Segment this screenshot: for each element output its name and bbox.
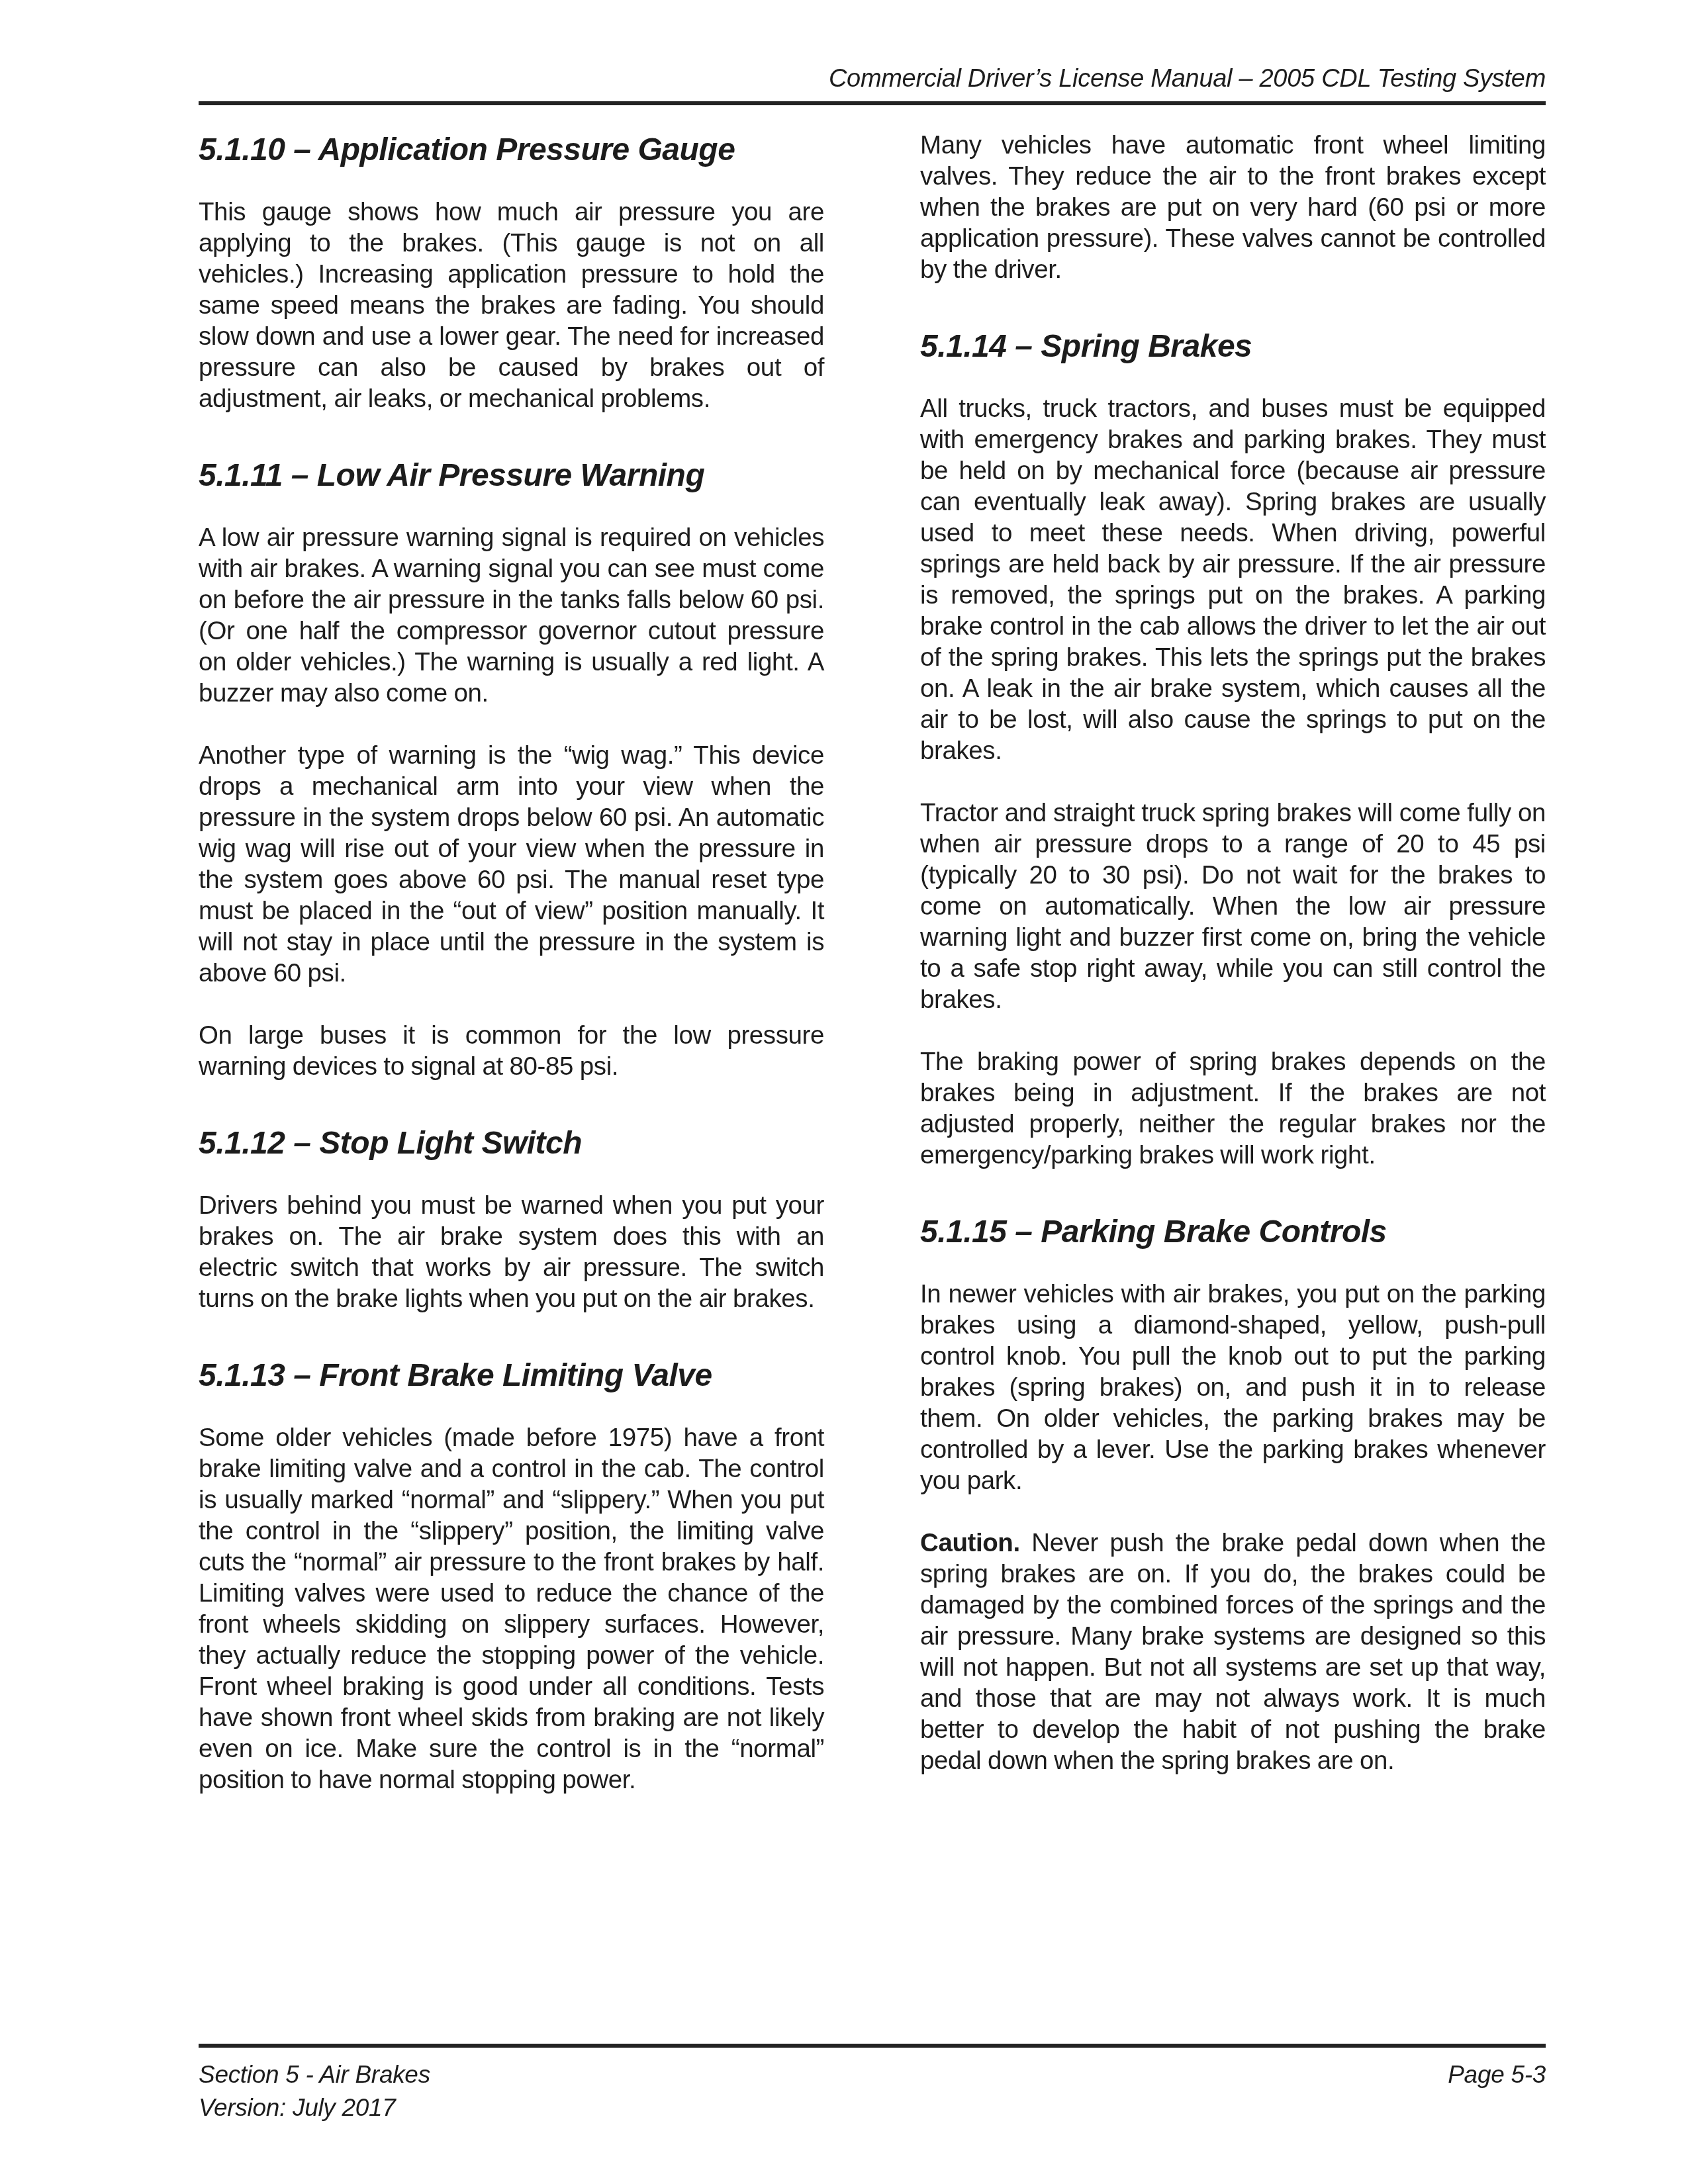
paragraph-5-1-10-1: This gauge shows how much air pressure y… bbox=[199, 197, 824, 414]
two-column-body: 5.1.10 – Application Pressure Gauge This… bbox=[199, 130, 1546, 1827]
section-heading-5-1-15: 5.1.15 – Parking Brake Controls bbox=[920, 1214, 1546, 1250]
paragraph-5-1-14-3: The braking power of spring brakes depen… bbox=[920, 1046, 1546, 1171]
footer-page-number: Page 5-3 bbox=[1448, 2058, 1546, 2091]
paragraph-5-1-11-1: A low air pressure warning signal is req… bbox=[199, 522, 824, 709]
paragraph-5-1-13-2: Many vehicles have automatic front wheel… bbox=[920, 130, 1546, 285]
paragraph-5-1-13-1: Some older vehicles (made before 1975) h… bbox=[199, 1422, 824, 1796]
paragraph-5-1-14-2: Tractor and straight truck spring brakes… bbox=[920, 797, 1546, 1015]
footer-row: Section 5 - Air Brakes Version: July 201… bbox=[199, 2058, 1546, 2124]
document-page: Commercial Driver’s License Manual – 200… bbox=[0, 0, 1688, 2184]
paragraph-5-1-12-1: Drivers behind you must be warned when y… bbox=[199, 1190, 824, 1314]
right-column: Many vehicles have automatic front wheel… bbox=[920, 130, 1546, 1827]
footer-rule bbox=[199, 2044, 1546, 2048]
paragraph-5-1-11-3: On large buses it is common for the low … bbox=[199, 1020, 824, 1082]
header-rule bbox=[199, 101, 1546, 105]
footer-version-label: Version: July 2017 bbox=[199, 2091, 430, 2124]
header-title: Commercial Driver’s License Manual – 200… bbox=[199, 0, 1546, 93]
paragraph-5-1-14-1: All trucks, truck tractors, and buses mu… bbox=[920, 393, 1546, 766]
section-heading-5-1-14: 5.1.14 – Spring Brakes bbox=[920, 329, 1546, 364]
paragraph-caution: Caution. Never push the brake pedal down… bbox=[920, 1527, 1546, 1776]
section-heading-5-1-11: 5.1.11 – Low Air Pressure Warning bbox=[199, 458, 824, 493]
footer-section-label: Section 5 - Air Brakes bbox=[199, 2058, 430, 2091]
caution-label: Caution. bbox=[920, 1529, 1020, 1557]
left-column: 5.1.10 – Application Pressure Gauge This… bbox=[199, 130, 824, 1827]
section-heading-5-1-12: 5.1.12 – Stop Light Switch bbox=[199, 1126, 824, 1161]
paragraph-5-1-15-1: In newer vehicles with air brakes, you p… bbox=[920, 1279, 1546, 1496]
section-heading-5-1-10: 5.1.10 – Application Pressure Gauge bbox=[199, 132, 824, 167]
section-heading-5-1-13: 5.1.13 – Front Brake Limiting Valve bbox=[199, 1358, 824, 1393]
page-header: Commercial Driver’s License Manual – 200… bbox=[199, 0, 1546, 105]
caution-text: Never push the brake pedal down when the… bbox=[920, 1529, 1546, 1775]
paragraph-5-1-11-2: Another type of warning is the “wig wag.… bbox=[199, 740, 824, 989]
page-footer: Section 5 - Air Brakes Version: July 201… bbox=[199, 2044, 1546, 2124]
footer-left: Section 5 - Air Brakes Version: July 201… bbox=[199, 2058, 430, 2124]
